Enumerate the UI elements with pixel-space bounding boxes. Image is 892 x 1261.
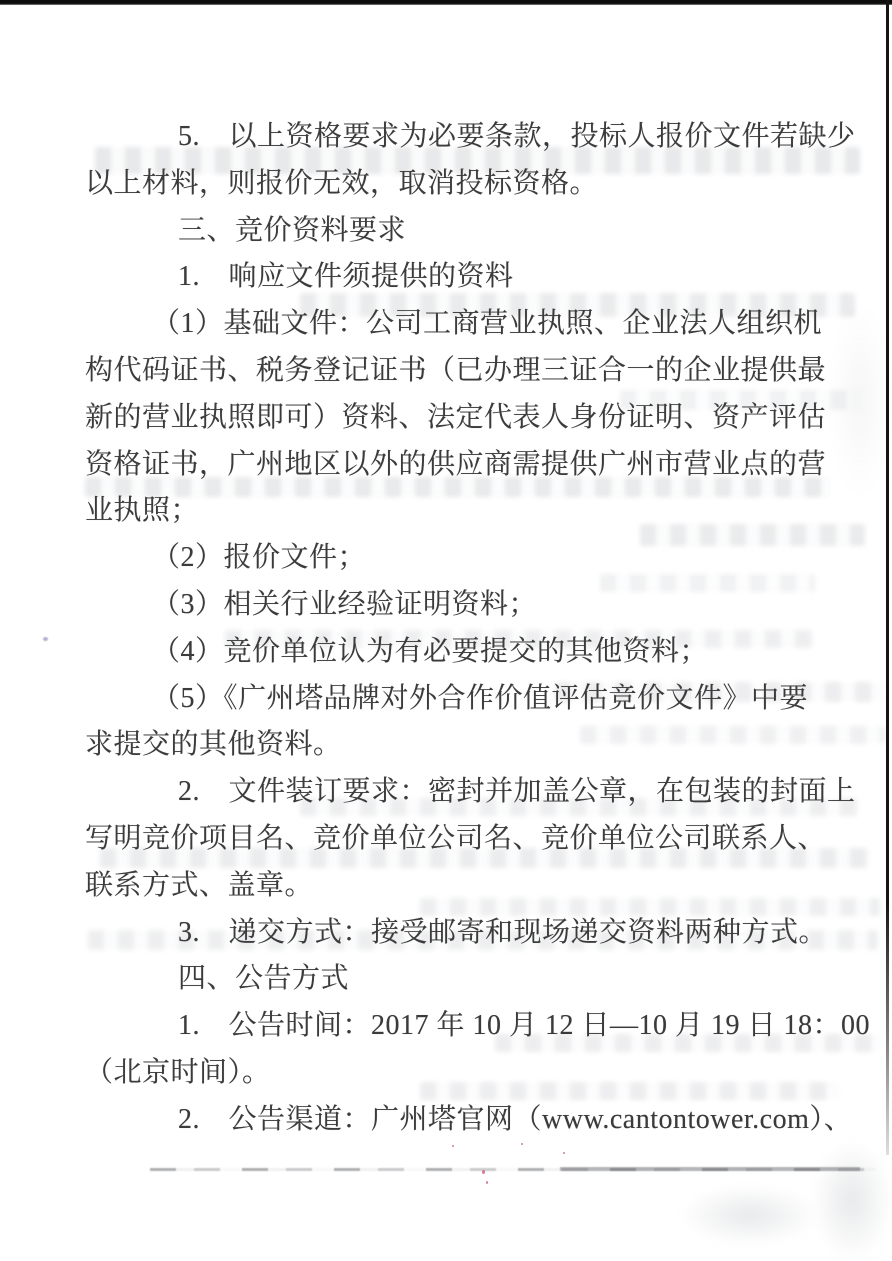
scan-edge-right <box>886 0 889 1155</box>
document-line: 1. 响应文件须提供的资料 <box>85 254 845 301</box>
document-line: 写明竞价项目名、竞价单位公司名、竞价单位公司联系人、 <box>85 816 845 863</box>
document-line: 求提交的其他资料。 <box>85 722 845 769</box>
document-line: （2）报价文件； <box>85 535 845 582</box>
document-line: 以上材料，则报价无效，取消投标资格。 <box>85 161 845 208</box>
document-line: （3）相关行业经验证明资料； <box>85 582 845 629</box>
document-text: 5. 以上资格要求为必要条款，投标人报价文件若缺少以上材料，则报价无效，取消投标… <box>85 114 845 1144</box>
document-line: 联系方式、盖章。 <box>85 863 845 910</box>
document-line: 1. 公告时间：2017 年 10 月 12 日—10 月 19 日 18：00 <box>85 1003 845 1050</box>
document-line: 新的营业执照即可）资料、法定代表人身份证明、资产评估 <box>85 395 845 442</box>
document-line: 5. 以上资格要求为必要条款，投标人报价文件若缺少 <box>85 114 845 161</box>
document-line: 四、公告方式 <box>85 956 845 1003</box>
document-line: （4）竞价单位认为有必要提交的其他资料； <box>85 629 845 676</box>
document-line: （北京时间）。 <box>85 1050 845 1097</box>
scan-speck <box>482 1170 485 1174</box>
scanned-page: 5. 以上资格要求为必要条款，投标人报价文件若缺少以上材料，则报价无效，取消投标… <box>0 0 892 1261</box>
scan-speck <box>43 637 48 641</box>
scan-speck <box>563 1152 565 1154</box>
scan-edge-top <box>0 0 892 5</box>
document-line: 构代码证书、税务登记证书（已办理三证合一的企业提供最 <box>85 348 845 395</box>
document-line: 2. 公告渠道：广州塔官网（www.cantontower.com）、 <box>85 1097 845 1144</box>
scan-speck <box>486 1181 488 1184</box>
scan-corner-blotch <box>680 1185 820 1245</box>
document-line: （5）《广州塔品牌对外合作价值评估竞价文件》中要 <box>85 676 845 723</box>
document-line: 资格证书，广州地区以外的供应商需提供广州市营业点的营 <box>85 442 845 489</box>
scan-corner-blotch <box>812 1140 892 1261</box>
scan-speck <box>452 1145 454 1147</box>
document-line: 三、竞价资料要求 <box>85 208 845 255</box>
document-line: 业执照； <box>85 488 845 535</box>
document-line: 3. 递交方式：接受邮寄和现场递交资料两种方式。 <box>85 910 845 957</box>
document-line: （1）基础文件：公司工商营业执照、企业法人组织机 <box>85 301 845 348</box>
document-line: 2. 文件装订要求：密封并加盖公章，在包装的封面上 <box>85 769 845 816</box>
